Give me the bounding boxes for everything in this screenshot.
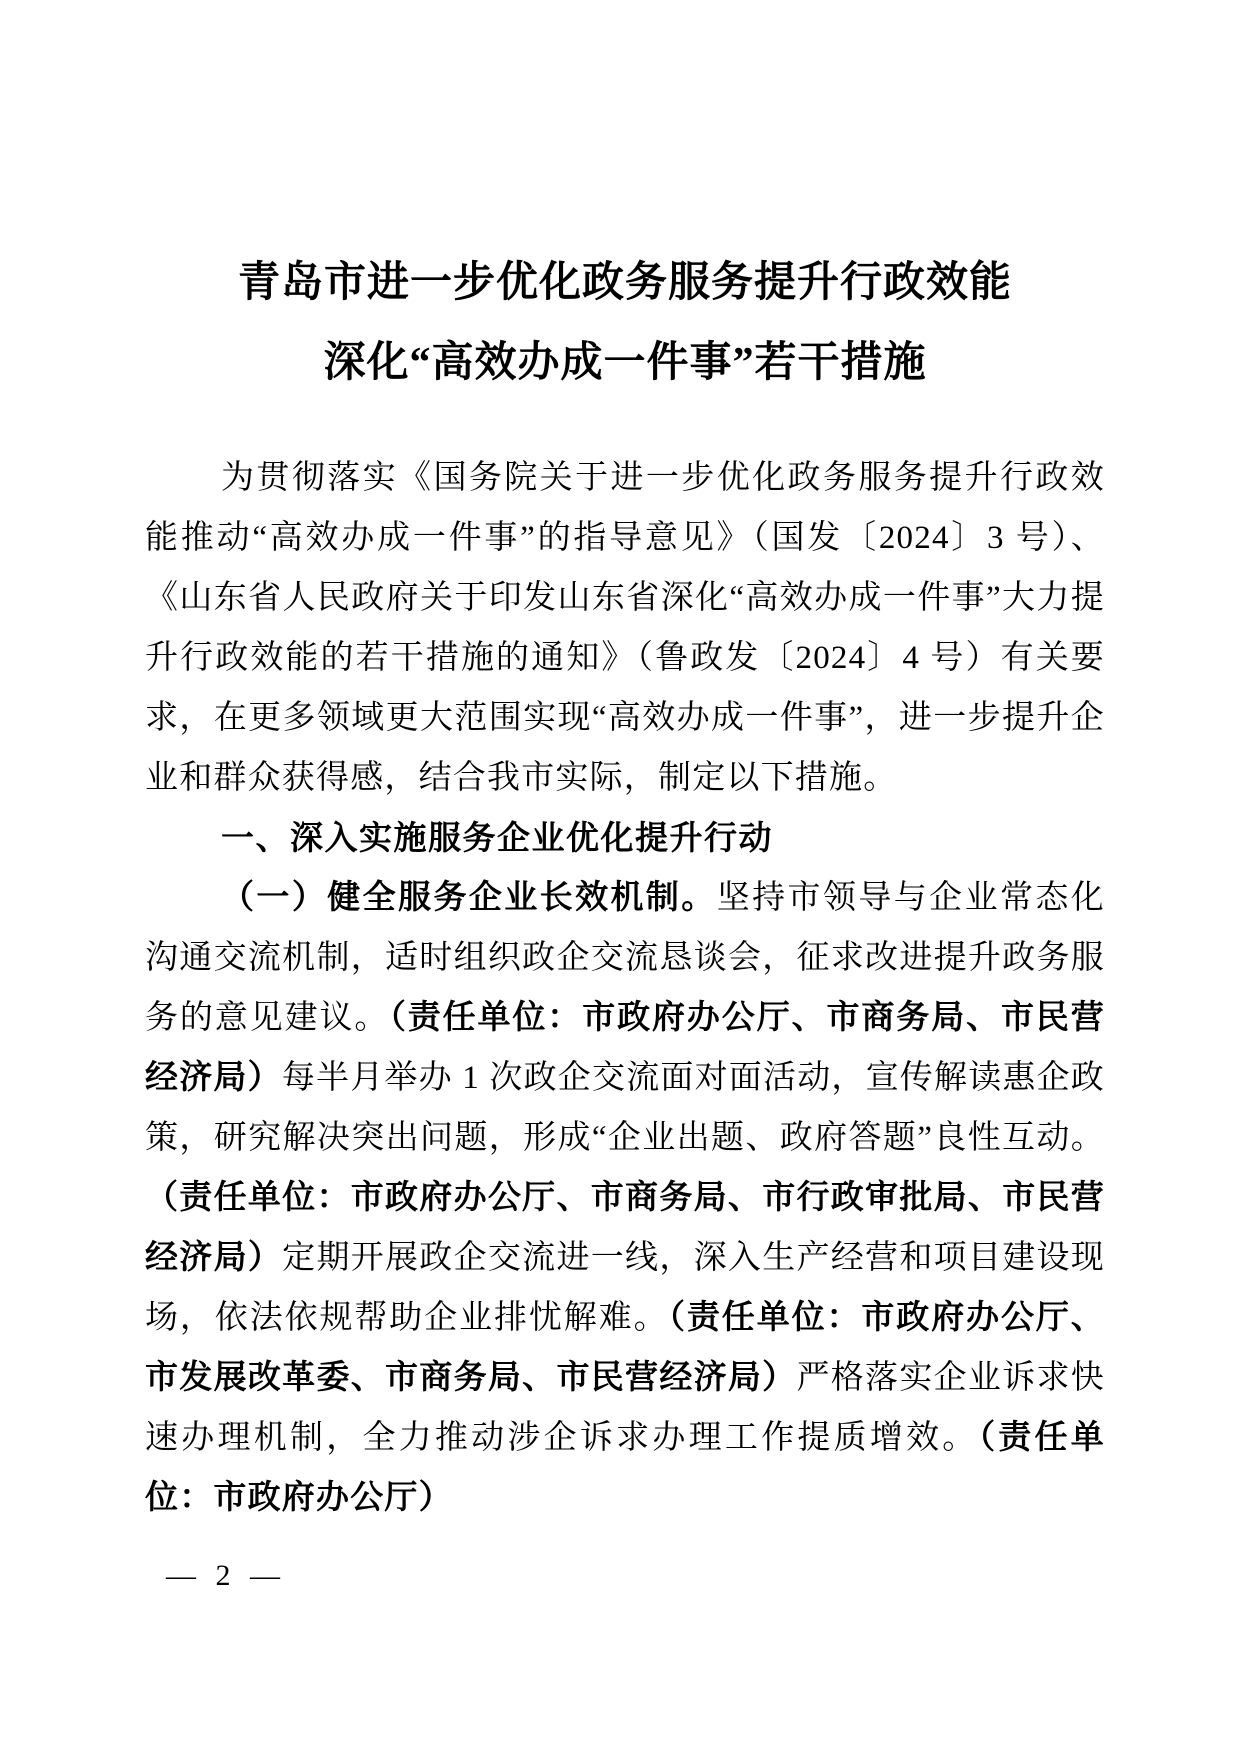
section-heading: 一、深入实施服务企业优化提升行动 [145,808,1105,868]
text-run: 每半月举办 1 次政企交流面对面活动，宣传解读惠企政策，研究解决突出问题，形成“… [145,1060,1105,1156]
document-body: 为贯彻落实《国务院关于进一步优化政务服务提升行政效能推动“高效办成一件事”的指导… [145,448,1105,1528]
document-page: 青岛市进一步优化政务服务提升行政效能 深化“高效办成一件事”若干措施 为贯彻落实… [0,0,1240,1748]
document-title: 青岛市进一步优化政务服务提升行政效能 深化“高效办成一件事”若干措施 [145,243,1105,403]
responsible-unit-emphasis-run: （一）健全服务企业长效机制。 [221,880,717,916]
title-line-2: 深化“高效办成一件事”若干措施 [145,323,1105,403]
title-line-1: 青岛市进一步优化政务服务提升行政效能 [145,243,1105,323]
paragraph: 为贯彻落实《国务院关于进一步优化政务服务提升行政效能推动“高效办成一件事”的指导… [145,448,1105,808]
text-run: 一、深入实施服务企业优化提升行动 [221,819,773,856]
text-run: 为贯彻落实《国务院关于进一步优化政务服务提升行政效能推动“高效办成一件事”的指导… [145,460,1105,796]
page-number: — 2 — [166,1556,286,1596]
paragraph: （一）健全服务企业长效机制。坚持市领导与企业常态化沟通交流机制，适时组织政企交流… [145,868,1105,1528]
document-content: 青岛市进一步优化政务服务提升行政效能 深化“高效办成一件事”若干措施 为贯彻落实… [145,0,1105,1528]
